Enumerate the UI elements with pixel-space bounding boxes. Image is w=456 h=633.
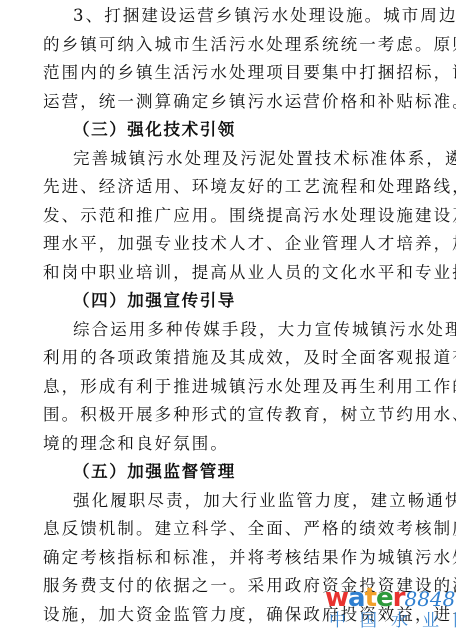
- paragraph-line: 息反馈机制。建立科学、全面、严格的绩效考核制度，合理: [43, 515, 423, 544]
- paragraph-line: 完善城镇污水处理及污泥处置技术标准体系，遴选技术: [43, 145, 423, 174]
- paragraph-line: 围。积极开展多种形式的宣传教育，树立节约用水、保护环: [43, 401, 423, 430]
- paragraph-line: 发、示范和推广应用。围绕提高污水处理设施建设及运行管: [43, 202, 423, 231]
- watermark-subtitle: 中国水业网: [329, 611, 456, 631]
- watermark-letter: a: [348, 583, 365, 613]
- paragraph-line: 先进、经济适用、环境友好的工艺流程和处理路线，加强研: [43, 173, 423, 202]
- paragraph-line: 范围内的乡镇生活污水处理项目要集中打捆招标，谁建设谁: [43, 59, 423, 88]
- document-page: 3、打捆建设运营乡镇污水处理设施。城市周边有条件 的乡镇可纳入城市生活污水处理系…: [43, 2, 423, 629]
- section-heading-4: （四）加强宣传引导: [43, 287, 423, 316]
- watermark-letter: e: [376, 583, 393, 613]
- paragraph-line: 的乡镇可纳入城市生活污水处理系统统一考虑。原则上县域: [43, 31, 423, 60]
- paragraph-line: 利用的各项政策措施及其成效，及时全面客观报道有关信: [43, 344, 423, 373]
- paragraph-line: 运营，统一测算确定乡镇污水运营价格和补贴标准。: [43, 88, 423, 117]
- paragraph-line: 境的理念和良好氛围。: [43, 430, 423, 459]
- paragraph-line: 强化履职尽责，加大行业监管力度，建立畅通快捷的信: [43, 487, 423, 516]
- paragraph-line: 确定考核指标和标准，并将考核结果作为城镇污水处理运营: [43, 544, 423, 573]
- watermark-letter: w: [325, 583, 348, 613]
- section-heading-3: （三）强化技术引领: [43, 116, 423, 145]
- watermark-letter: r: [393, 583, 405, 613]
- paragraph-line: 和岗中职业培训，提高从业人员的文化水平和专业技能。: [43, 259, 423, 288]
- section-heading-5: （五）加强监督管理: [43, 458, 423, 487]
- paragraph-line: 3、打捆建设运营乡镇污水处理设施。城市周边有条件: [43, 2, 423, 31]
- watermark-letter: t: [365, 583, 376, 613]
- watermark-logo: water8848.com 中国水业网: [325, 585, 456, 633]
- paragraph-line: 理水平，加强专业技术人才、企业管理人才培养，加强岗前: [43, 230, 423, 259]
- paragraph-line: 综合运用多种传媒手段，大力宣传城镇污水处理和再生: [43, 316, 423, 345]
- watermark-number: 8848: [404, 587, 455, 611]
- paragraph-line: 息，形成有利于推进城镇污水处理及再生利用工作的舆论氛: [43, 373, 423, 402]
